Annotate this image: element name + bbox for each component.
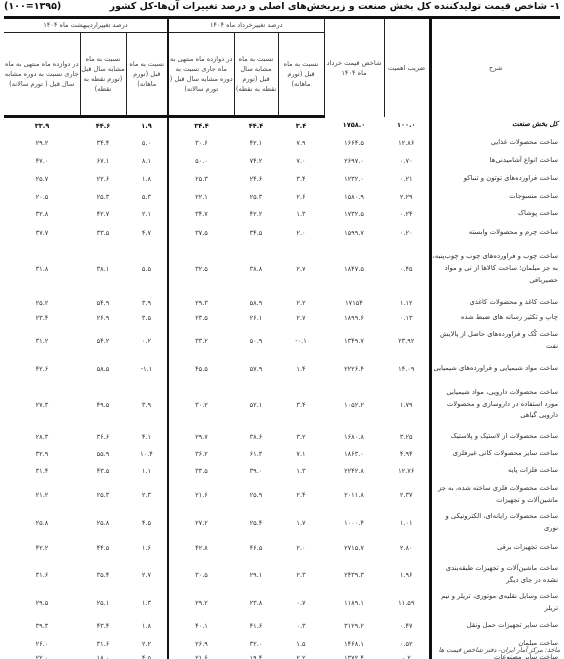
row-ordibehesht-point: ۴۳.۵ [80,463,126,480]
table-row: ساخت محصولات رایانه‌ای، الکترونیکی و نور… [4,510,560,536]
row-ordibehesht-monthly: ۱.۹ [126,117,168,134]
row-khordad-annual: ۳۰.۶ [168,134,234,152]
row-ordibehesht-annual: ۳۱.۸ [4,243,80,296]
row-khordad-annual: ۲۱.۶ [168,652,234,659]
row-ordibehesht-point: ۳۵.۴ [80,560,126,590]
table-row: ساخت فراورده‌های توتون و تنباکو۰.۲۱۱۲۳۲.… [4,170,560,188]
row-khordad-monthly: ۲.۷ [278,243,324,296]
row-khordad-point: ۷۴.۲ [234,152,278,170]
row-weight: ۱.۷۹ [384,382,430,428]
row-ordibehesht-annual: ۳۱.۴ [4,463,80,480]
header-group-khordad: درصد تغییرخرداد ماه ۱۴۰۴ [168,18,324,33]
header-ordibehesht-point: نسبت به ماه مشابه سال قبل (تورم نقطه به … [80,33,126,117]
row-ordibehesht-monthly: ۴.۵ [126,510,168,536]
row-index: ۱۷۳۲.۵ [324,206,384,223]
row-weight: ۰.۲۰ [384,223,430,243]
row-khordad-monthly: ۱.۳ [278,206,324,223]
row-khordad-monthly: ۲.۷ [278,311,324,326]
row-ordibehesht-monthly: ۲.۱ [126,206,168,223]
table-row: ساخت سایر محصولات کانی غیرفلزی۴.۹۴۱۸۶۳.۰… [4,446,560,463]
header-desc: شرح [430,18,560,117]
row-weight: ۱۴.۰۹ [384,356,430,382]
row-index: ۱۲۳۲.۰ [324,170,384,188]
row-index: ۱۴۶۸.۱ [324,637,384,652]
row-khordad-annual: ۳۰.۲ [168,382,234,428]
row-ordibehesht-monthly: ۵.۰ [126,134,168,152]
row-ordibehesht-annual: ۴۲.۲ [4,536,80,560]
table-row: ساخت چرم و محصولات وابسته۰.۲۰۱۵۹۹.۷۲.۰۳۴… [4,223,560,243]
table-row: ساخت محصولات فلزی ساخته شده، به جز ماشین… [4,480,560,510]
table-row: ساخت سایر تجهیزات حمل ونقل۰.۴۷۳۱۲۹.۲۰.۳۴… [4,616,560,637]
row-ordibehesht-monthly: ۸.۱ [126,152,168,170]
row-desc: ساخت فلزات پایه [430,463,560,480]
row-ordibehesht-annual: ۳۲.۸ [4,206,80,223]
row-khordad-monthly: -۰.۱ [278,326,324,356]
row-khordad-annual: ۳۷.۵ [168,223,234,243]
row-weight: ۰.۷۰ [384,152,430,170]
row-khordad-monthly: ۲.۳ [278,560,324,590]
row-desc: ساخت کاغذ و محصولات کاغذی [430,296,560,311]
row-ordibehesht-monthly: ۳.۹ [126,296,168,311]
table-title: ۱- شاخص قیمت تولیدکننده کل بخش صنعت و زی… [110,1,560,12]
row-khordad-monthly: ۰.۷ [278,590,324,616]
header-index: شاخص قیمت خرداد ماه ۱۴۰۴ [324,18,384,117]
table-row: ساخت کاغذ و محصولات کاغذی۱.۱۲۱۷۱۵۴۲.۲۵۸.… [4,296,560,311]
row-ordibehesht-monthly: -۱.۱ [126,356,168,382]
row-khordad-annual: ۳۳.۵ [168,463,234,480]
row-ordibehesht-annual: ۲۵.۲ [4,296,80,311]
row-index: ۱۶۶۴.۵ [324,134,384,152]
row-ordibehesht-monthly: ۱.۳ [126,590,168,616]
row-khordad-annual: ۲۳.۵ [168,311,234,326]
row-ordibehesht-point: ۲۵.۱ [80,590,126,616]
row-ordibehesht-annual: ۳۳.۹ [4,117,80,134]
row-ordibehesht-monthly: ۱.۸ [126,616,168,637]
row-index: ۲۰۱۱.۸ [324,480,384,510]
row-khordad-annual: ۳۰.۵ [168,560,234,590]
row-ordibehesht-monthly: ۱.۸ [126,170,168,188]
row-weight: ۰.۴۷ [384,616,430,637]
row-weight: ۴.۹۴ [384,446,430,463]
row-khordad-monthly: ۱.۷ [278,510,324,536]
row-index: ۱۸۹۹.۶ [324,311,384,326]
row-khordad-monthly: ۲.۲ [278,296,324,311]
row-index: ۳۱۲۹.۲ [324,616,384,637]
row-desc: چاپ و تکثیر رسانه های ضبط شده [430,311,560,326]
header-khordad-annual: در دوازده ماه منتهی به ماه جاری نسبت به … [168,33,234,117]
row-desc: ساخت محصولات از لاستیک و پلاستیک [430,428,560,446]
row-ordibehesht-point: ۳۳.۵ [80,223,126,243]
row-khordad-annual: ۲۱.۶ [168,480,234,510]
row-ordibehesht-annual: ۳۹.۳ [4,616,80,637]
row-ordibehesht-annual: ۲۵.۷ [4,170,80,188]
row-weight: ۳.۲۵ [384,428,430,446]
table-row: ساخت کُک و فراورده‌های حاصل از پالایش نف… [4,326,560,356]
table-row-total: کل بخش صنعت۱۰۰.۰۱۷۵۸.۰۳.۴۴۴.۴۳۴.۴۱.۹۴۴.۶… [4,117,560,134]
row-weight: ۲۳.۹۲ [384,326,430,356]
row-khordad-annual: ۳۴.۴ [168,117,234,134]
row-desc: ساخت منسوجات [430,188,560,206]
row-weight: ۰.۲۱ [384,170,430,188]
row-weight: ۰.۵۲ [384,637,430,652]
row-ordibehesht-point: ۲۲.۶ [80,170,126,188]
row-khordad-point: ۲۳.۸ [234,590,278,616]
row-desc: ساخت محصولات دارویی، مواد شیمیایی مورد ا… [430,382,560,428]
row-desc: ساخت سایر تجهیزات حمل ونقل [430,616,560,637]
row-ordibehesht-annual: ۳۱.۶ [4,560,80,590]
row-index: ۱۳۴۹.۷ [324,326,384,356]
header-khordad-point: نسبت به ماه مشابه سال قبل (تورم نقطه به … [234,33,278,117]
row-desc: ساخت فراورده‌های توتون و تنباکو [430,170,560,188]
header-ordibehesht-monthly: نسبت به ماه قبل (تورم ماهانه) [126,33,168,117]
row-ordibehesht-annual: ۲۶.۰ [4,637,80,652]
table-row: ساخت محصولات غذایی۱۲.۸۶۱۶۶۴.۵۷.۹۴۲.۱۳۰.۶… [4,134,560,152]
row-khordad-annual: ۲۹.۲ [168,590,234,616]
header-ordibehesht-annual: در دوازده ماه منتهی به ماه جاری نسبت به … [4,33,80,117]
row-index: ۱۰۵۲.۲ [324,382,384,428]
row-khordad-monthly: ۲.۰ [278,536,324,560]
table-row: ساخت وسایل نقلیه‌ی موتوری، تریلر و نیم ت… [4,590,560,616]
row-ordibehesht-annual: ۴۲.۶ [4,356,80,382]
row-khordad-annual: ۳۲.۵ [168,243,234,296]
row-desc: ساخت کُک و فراورده‌های حاصل از پالایش نف… [430,326,560,356]
row-ordibehesht-point: ۴۲.۷ [80,206,126,223]
title-bar: ۱- شاخص قیمت تولیدکننده کل بخش صنعت و زی… [0,0,564,14]
row-khordad-point: ۵۷.۹ [234,356,278,382]
table-row: ساخت تجهیزات برقی۲.۸۰۲۷۱۵.۷۲.۰۴۶.۵۴۲.۸۱.… [4,536,560,560]
row-khordad-monthly: ۷.۹ [278,134,324,152]
row-khordad-monthly: ۷.۰ [278,152,324,170]
row-khordad-monthly: ۰.۳ [278,616,324,637]
row-ordibehesht-point: ۵۴.۲ [80,326,126,356]
row-ordibehesht-point: ۴۳.۴ [80,616,126,637]
row-khordad-monthly: ۲.۴ [278,480,324,510]
row-index: ۱۰۰۰.۴ [324,510,384,536]
row-index: ۲۶۹۷.۰ [324,152,384,170]
table-row: ساخت فلزات پایه۱۲.۷۶۲۲۴۲.۸۱.۳۳۹.۰۳۳.۵۱.۱… [4,463,560,480]
row-khordad-point: ۲۵.۹ [234,480,278,510]
row-khordad-point: ۴۲.۲ [234,206,278,223]
row-khordad-annual: ۴۰.۱ [168,616,234,637]
row-weight: ۰.۲۴ [384,206,430,223]
row-weight: ۱۲.۷۶ [384,463,430,480]
row-desc: ساخت مواد شیمیایی و فراورده‌های شیمیایی [430,356,560,382]
row-ordibehesht-annual: ۳۷.۷ [4,223,80,243]
row-weight: ۱.۰۱ [384,510,430,536]
row-weight: ۲.۳۷ [384,480,430,510]
row-index: ۲۷۱۵.۷ [324,536,384,560]
row-khordad-annual: ۴۵.۵ [168,356,234,382]
row-desc: ساخت چوب و فراورده‌های چوب و چوب‌پنبه، ب… [430,243,560,296]
row-khordad-point: ۲۶.۱ [234,311,278,326]
row-khordad-monthly: ۳.۴ [278,382,324,428]
row-khordad-annual: ۳۴.۷ [168,206,234,223]
row-desc: ساخت چرم و محصولات وابسته [430,223,560,243]
row-khordad-point: ۲۹.۱ [234,560,278,590]
row-khordad-point: ۶۱.۳ [234,446,278,463]
row-khordad-point: ۴۲.۱ [234,134,278,152]
header-khordad-monthly: نسبت به ماه قبل (تورم ماهانه) [278,33,324,117]
row-ordibehesht-monthly: ۱.۶ [126,536,168,560]
row-khordad-monthly: ۲.۰ [278,223,324,243]
row-ordibehesht-point: ۵۵.۹ [80,446,126,463]
row-weight: ۲.۸۰ [384,536,430,560]
row-ordibehesht-annual: ۲۵.۸ [4,510,80,536]
row-desc: ساخت پوشاک [430,206,560,223]
row-ordibehesht-point: ۲۵.۳ [80,188,126,206]
row-desc: ساخت سایر محصولات کانی غیرفلزی [430,446,560,463]
row-ordibehesht-annual: ۲۱.۲ [4,480,80,510]
row-desc: ساخت محصولات فلزی ساخته شده، به جز ماشین… [430,480,560,510]
row-ordibehesht-point: ۳۸.۱ [80,243,126,296]
row-weight: ۰.۲ [384,652,430,659]
row-ordibehesht-monthly: ۱۰.۴ [126,446,168,463]
table-row: ساخت پوشاک۰.۲۴۱۷۳۲.۵۱.۳۴۲.۲۳۴.۷۲.۱۴۲.۷۳۲… [4,206,560,223]
row-ordibehesht-point: ۴۹.۵ [80,382,126,428]
row-index: ۱۶۸۰.۸ [324,428,384,446]
row-index: ۲۲۴۲.۸ [324,463,384,480]
row-ordibehesht-point: ۵۴.۹ [80,296,126,311]
row-index: ۱۵۹۹.۷ [324,223,384,243]
row-khordad-point: ۱۹.۴ [234,652,278,659]
row-khordad-annual: ۴۲.۸ [168,536,234,560]
row-khordad-monthly: ۱.۵ [278,637,324,652]
header-weight: ضریب اهمیت [384,18,430,117]
row-khordad-annual: ۲۲.۱ [168,188,234,206]
row-desc: ساخت وسایل نقلیه‌ی موتوری، تریلر و نیم ت… [430,590,560,616]
row-khordad-point: ۳۹.۰ [234,463,278,480]
row-khordad-point: ۴۱.۶ [234,616,278,637]
row-ordibehesht-monthly: ۳.۵ [126,311,168,326]
row-ordibehesht-annual: ۲۸.۳ [4,428,80,446]
header-group-ordibehesht: درصد تغییراردیبهشت ماه ۱۴۰۴ [4,18,168,33]
row-ordibehesht-point: ۴۴.۵ [80,536,126,560]
row-desc: ساخت انواع آشامیدنی‌ها [430,152,560,170]
row-ordibehesht-monthly: ۵.۵ [126,243,168,296]
row-ordibehesht-annual: ۲۳.۴ [4,311,80,326]
row-ordibehesht-annual: ۳۱.۲ [4,326,80,356]
row-khordad-annual: ۳۳.۲ [168,326,234,356]
table-row: ساخت مواد شیمیایی و فراورده‌های شیمیایی۱… [4,356,560,382]
row-ordibehesht-point: ۴۴.۶ [80,117,126,134]
row-ordibehesht-point: ۱۸.۰ [80,652,126,659]
row-ordibehesht-annual: ۴۷.۰ [4,152,80,170]
row-khordad-point: ۵۲.۱ [234,382,278,428]
row-index: ۲۴۳۹.۳ [324,560,384,590]
price-index-table: شرح ضریب اهمیت شاخص قیمت خرداد ماه ۱۴۰۴ … [4,16,560,659]
row-ordibehesht-monthly: ۲.۲ [126,637,168,652]
row-weight: ۲.۲۹ [384,188,430,206]
row-ordibehesht-point: ۳۱.۶ [80,637,126,652]
row-ordibehesht-point: ۲۵.۳ [80,480,126,510]
row-ordibehesht-monthly: ۱.۱ [126,463,168,480]
row-ordibehesht-annual: ۲۲.۰ [4,652,80,659]
row-khordad-annual: ۳۶.۲ [168,446,234,463]
table-row: ساخت منسوجات۲.۲۹۱۵۸۰.۹۲.۶۲۵.۳۲۲.۱۵.۳۲۵.۳… [4,188,560,206]
row-ordibehesht-monthly: ۵.۳ [126,188,168,206]
row-khordad-point: ۴۴.۴ [234,117,278,134]
row-ordibehesht-point: ۵۸.۵ [80,356,126,382]
row-khordad-point: ۵۸.۹ [234,296,278,311]
row-khordad-monthly: ۱.۳ [278,463,324,480]
row-ordibehesht-point: ۳۶.۶ [80,428,126,446]
row-khordad-annual: ۲۷.۲ [168,510,234,536]
row-index: ۱۱۸۹.۱ [324,590,384,616]
row-ordibehesht-annual: ۲۰.۵ [4,188,80,206]
row-index: ۱۵۸۰.۹ [324,188,384,206]
row-khordad-annual: ۲۹.۷ [168,428,234,446]
table-body: کل بخش صنعت۱۰۰.۰۱۷۵۸.۰۳.۴۴۴.۴۳۴.۴۱.۹۴۴.۶… [4,117,560,659]
row-khordad-monthly: ۱.۴ [278,356,324,382]
row-index: ۱۷۵۸.۰ [324,117,384,134]
row-ordibehesht-point: ۲۶.۹ [80,311,126,326]
row-weight: ۱۰۰.۰ [384,117,430,134]
base-year: (۱۰۰=۱۳۹۵) [4,1,61,12]
row-ordibehesht-monthly: ۳.۹ [126,382,168,428]
row-weight: ۰.۱۳ [384,311,430,326]
row-weight: ۱۲.۸۶ [384,134,430,152]
row-weight: ۰.۴۵ [384,243,430,296]
row-ordibehesht-monthly: ۴.۷ [126,223,168,243]
row-khordad-point: ۲۵.۴ [234,510,278,536]
row-ordibehesht-monthly: ۴.۵ [126,652,168,659]
row-khordad-monthly: ۲.۶ [278,188,324,206]
row-khordad-annual: ۲۹.۳ [168,296,234,311]
table-row: چاپ و تکثیر رسانه های ضبط شده۰.۱۳۱۸۹۹.۶۲… [4,311,560,326]
source-note: ماخذ: مرکز آمار ایران- دفتر شاخص قیمت ها [439,646,560,654]
row-ordibehesht-annual: ۲۹.۲ [4,134,80,152]
row-khordad-monthly: ۳.۴ [278,170,324,188]
table-row: ساخت ماشین‌آلات و تجهیزات طبقه‌بندی نشده… [4,560,560,590]
row-khordad-point: ۴۶.۵ [234,536,278,560]
row-ordibehesht-monthly: ۲.۷ [126,560,168,590]
row-weight: ۱۱.۵۹ [384,590,430,616]
row-ordibehesht-annual: ۲۷.۳ [4,382,80,428]
row-ordibehesht-point: ۲۵.۸ [80,510,126,536]
table-row: ساخت چوب و فراورده‌های چوب و چوب‌پنبه، ب… [4,243,560,296]
row-desc: ساخت تجهیزات برقی [430,536,560,560]
row-weight: ۱.۹۶ [384,560,430,590]
row-desc: ساخت محصولات رایانه‌ای، الکترونیکی و نور… [430,510,560,536]
row-khordad-annual: ۲۶.۹ [168,637,234,652]
row-khordad-annual: ۲۵.۳ [168,170,234,188]
row-desc: ساخت محصولات غذایی [430,134,560,152]
row-khordad-annual: ۵۰.۰ [168,152,234,170]
row-ordibehesht-point: ۳۴.۴ [80,134,126,152]
row-ordibehesht-annual: ۲۹.۵ [4,590,80,616]
row-khordad-monthly: ۲.۲ [278,652,324,659]
row-khordad-point: ۳۲.۰ [234,637,278,652]
table-row: ساخت انواع آشامیدنی‌ها۰.۷۰۲۶۹۷.۰۷.۰۷۴.۲۵… [4,152,560,170]
row-khordad-point: ۲۴.۶ [234,170,278,188]
row-weight: ۱.۱۲ [384,296,430,311]
row-ordibehesht-monthly: ۴.۱ [126,428,168,446]
row-index: ۱۸۶۳.۰ [324,446,384,463]
row-index: ۱۸۴۷.۵ [324,243,384,296]
row-desc: ساخت ماشین‌آلات و تجهیزات طبقه‌بندی نشده… [430,560,560,590]
row-khordad-point: ۳۴.۵ [234,223,278,243]
row-desc: کل بخش صنعت [430,117,560,134]
row-index: ۲۲۲۶.۴ [324,356,384,382]
row-khordad-point: ۵۰.۹ [234,326,278,356]
row-ordibehesht-monthly: ۰.۲ [126,326,168,356]
row-khordad-monthly: ۳.۴ [278,117,324,134]
row-ordibehesht-annual: ۳۲.۹ [4,446,80,463]
row-khordad-point: ۳۸.۶ [234,428,278,446]
row-ordibehesht-point: ۶۷.۱ [80,152,126,170]
row-ordibehesht-monthly: ۲.۳ [126,480,168,510]
row-khordad-monthly: ۷.۱ [278,446,324,463]
row-khordad-point: ۳۸.۸ [234,243,278,296]
row-khordad-point: ۲۵.۳ [234,188,278,206]
row-khordad-monthly: ۳.۲ [278,428,324,446]
table-row: ساخت محصولات از لاستیک و پلاستیک۳.۲۵۱۶۸۰… [4,428,560,446]
row-index: ۱۷۱۵۴ [324,296,384,311]
table-row: ساخت محصولات دارویی، مواد شیمیایی مورد ا… [4,382,560,428]
row-index: ۱۳۷۲.۴ [324,652,384,659]
